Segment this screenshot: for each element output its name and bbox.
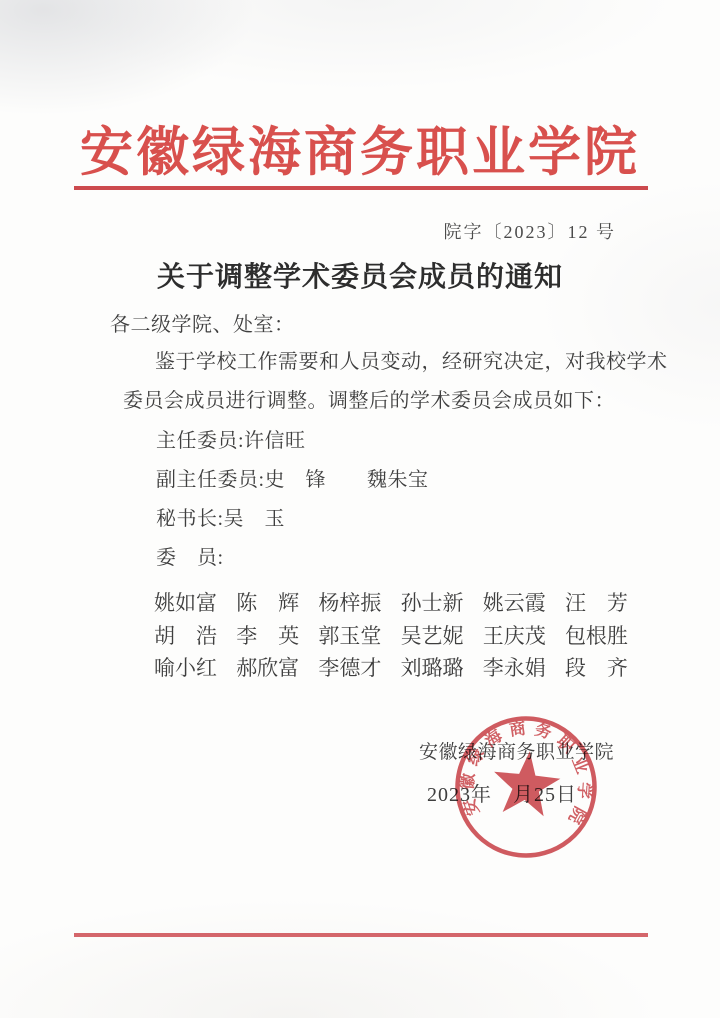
secretary-line: 秘书长:吴 玉 (156, 502, 285, 531)
committee-member: 王庆茂 (483, 620, 546, 650)
committee-member: 杨梓振 (318, 587, 381, 617)
committee-member: 李德才 (318, 652, 381, 682)
committee-member: 孙士新 (401, 587, 464, 617)
footer-divider-line (74, 933, 648, 937)
committee-member: 姚云霞 (483, 587, 546, 617)
salutation: 各二级学院、处室： (110, 308, 295, 337)
school-name-header: 安徽绿海商务职业学院 (0, 110, 720, 186)
committee-member: 胡 浩 (154, 620, 217, 650)
committee-names-row: 喻小红 郝欣富 李德才 刘璐璐 李永娟 段 齐 (154, 652, 628, 682)
document-page: 安徽绿海商务职业学院 院字〔2023〕12 号 关于调整学术委员会成员的通知 各… (0, 0, 720, 1018)
committee-member: 陈 辉 (236, 587, 299, 617)
official-seal-stamp: 安徽绿海商务职业学院 (438, 699, 614, 875)
committee-member: 喻小红 (154, 652, 217, 682)
committee-member: 吴艺妮 (401, 620, 464, 650)
paragraph-line-1: 鉴于学校工作需要和人员变动，经研究决定，对我校学术 (155, 345, 668, 374)
seal-star-icon (490, 748, 563, 818)
committee-member: 刘璐璐 (401, 652, 464, 682)
committee-member: 郭玉堂 (318, 620, 381, 650)
committee-member: 郝欣富 (236, 652, 299, 682)
committee-member: 汪 芳 (565, 587, 628, 617)
committee-member: 李 英 (236, 620, 299, 650)
document-number: 院字〔2023〕12 号 (444, 218, 617, 244)
chairman-line: 主任委员:许信旺 (156, 424, 306, 453)
committee-member: 姚如富 (154, 587, 217, 617)
committee-member: 包根胜 (565, 620, 628, 650)
committee-names-row: 胡 浩 李 英 郭玉堂 吴艺妮 王庆茂 包根胜 (154, 620, 628, 650)
committee-names-row: 姚如富 陈 辉 杨梓振 孙士新 姚云霞 汪 芳 (154, 587, 628, 617)
vice-chairman-line: 副主任委员:史 锋 魏朱宝 (156, 463, 429, 492)
committee-label: 委 员: (156, 541, 224, 570)
committee-member: 李永娟 (483, 652, 546, 682)
header-divider-line (74, 186, 648, 190)
paragraph-line-2: 委员会成员进行调整。调整后的学术委员会成员如下： (123, 384, 615, 413)
committee-member: 段 齐 (565, 652, 628, 682)
notice-title: 关于调整学术委员会成员的通知 (0, 255, 720, 295)
